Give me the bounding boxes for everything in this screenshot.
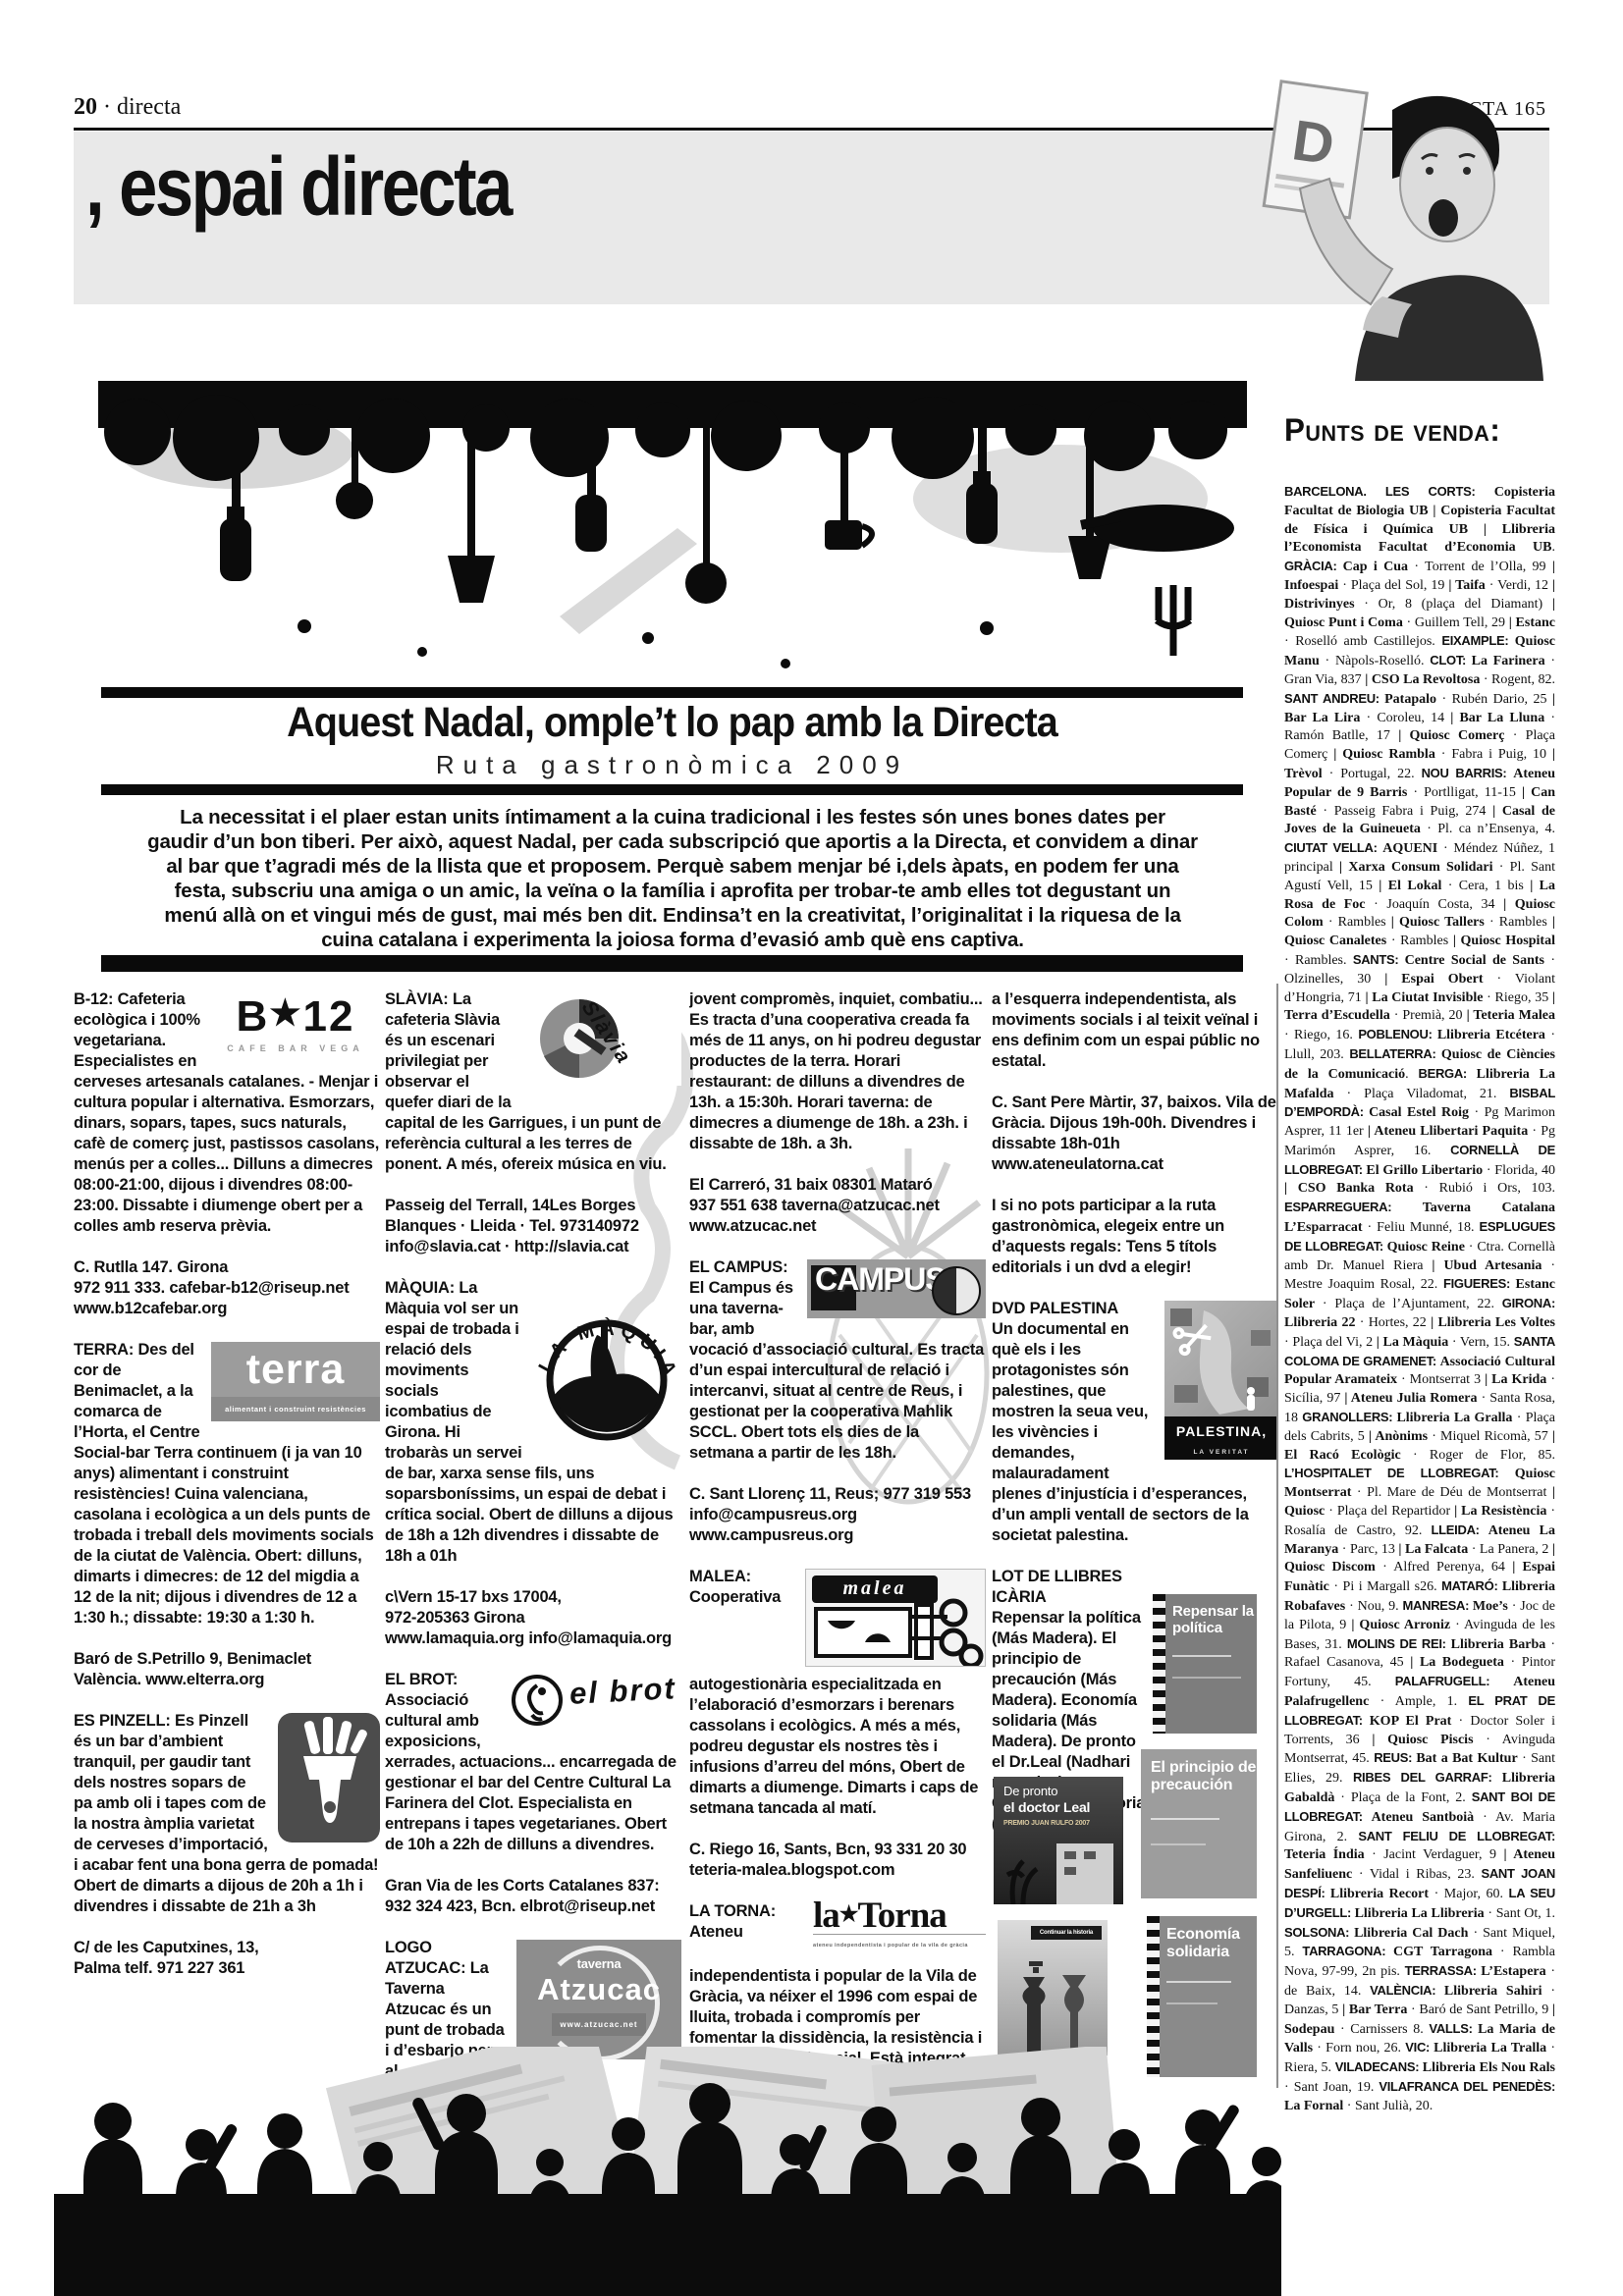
- column-divider: [1276, 984, 1278, 2088]
- punts-segment: · Fabra i Puig, 10: [1435, 747, 1552, 762]
- punts-de-venda-heading: Punts de venda:: [1284, 412, 1500, 449]
- palestina-cover-band: PALESTINA, LA VERITAT ASSETJADA document…: [1164, 1416, 1278, 1460]
- b12-logo-b: B: [236, 992, 269, 1041]
- punts-segment: · Vidal i Ribas, 23.: [1352, 1867, 1481, 1882]
- punts-segment: | Teteria Malea: [1467, 1008, 1555, 1023]
- entry-address: C. Rutlla 147. Girona 972 911 333. cafeb…: [74, 1257, 380, 1319]
- punts-segment: · Plaça Viladomat, 21.: [1334, 1087, 1510, 1101]
- entry-address: C. Sant Llorenç 11, Reus; 977 319 553 in…: [689, 1484, 986, 1546]
- punts-segment: · Rambles: [1324, 915, 1391, 930]
- punts-segment: BARCELONA. LES CORTS:: [1284, 484, 1494, 499]
- punts-segment: · Alfred Perenya, 64: [1376, 1560, 1512, 1575]
- punts-segment: SOLSONA:: [1284, 1925, 1354, 1940]
- book-cover-doctor-leal: De pronto el doctor Leal PREMIO JUAN RUL…: [994, 1777, 1123, 1904]
- punts-segment: · Rubió i Ors, 103.: [1414, 1181, 1555, 1196]
- punts-segment: SANT ANDREU:: [1284, 691, 1384, 706]
- punts-segment: | Bar Terra: [1342, 2002, 1407, 2017]
- entry-address: El Carreró, 31 baix 08301 Mataró 937 551…: [689, 1175, 986, 1237]
- entry-terra: terra alimentant i construint resistènci…: [74, 1340, 380, 1690]
- punts-segment: · Or, 8 (plaça del Diamant): [1355, 597, 1552, 612]
- punts-segment: · Rambles: [1485, 915, 1552, 930]
- punts-segment: · Plaça de la Font, 2.: [1334, 1790, 1471, 1805]
- book-cover-continuar: Continuar la historia: [998, 1920, 1108, 2056]
- punts-segment: Quiosc Reine: [1387, 1240, 1465, 1255]
- entry-dvd-palestina: PALESTINA, LA VERITAT ASSETJADA document…: [992, 1299, 1278, 1546]
- entry-text: jovent compromès, inquiet, combatiu... E…: [689, 989, 986, 1154]
- punts-segment: · Hortes, 22: [1355, 1315, 1431, 1330]
- punts-segment: | Quiosc Comerç: [1398, 728, 1504, 743]
- punts-segment: La Farinera: [1472, 654, 1545, 668]
- terra-logo-word: terra: [246, 1346, 346, 1393]
- punts-segment: REUS:: [1374, 1750, 1416, 1765]
- punts-segment: | La Resistència: [1454, 1504, 1546, 1519]
- punts-segment: · Vern, 15.: [1448, 1335, 1513, 1350]
- malea-logo-word: malea: [812, 1575, 938, 1603]
- punts-segment: · Parc, 13: [1338, 1542, 1398, 1557]
- punts-segment: · Joaquín Costa, 34: [1366, 897, 1504, 912]
- page-folio: 20 · directa: [74, 94, 181, 121]
- entry-text: a l’esquerra independentista, als movime…: [992, 989, 1278, 1072]
- punts-segment: | Quiosc Tallers: [1391, 915, 1485, 930]
- faces-icon: [932, 1266, 981, 1315]
- punts-segment: MOLINS DE REI:: [1347, 1636, 1451, 1651]
- punts-segment: | Quiosc Arroniz: [1351, 1618, 1450, 1632]
- punts-segment: CIUTAT VELLA:: [1284, 840, 1382, 855]
- punts-segment: | La Ciutat Invisible: [1365, 990, 1483, 1005]
- terra-logo-tagline: alimentant i construint resistències: [211, 1397, 380, 1421]
- punts-segment: · Forn nou, 26.: [1313, 2041, 1405, 2056]
- punts-segment: L’HOSPITALET DE LLOBREGAT:: [1284, 1466, 1515, 1480]
- punts-segment: | La Màquia: [1377, 1335, 1448, 1350]
- punts-segment: | Xarxa Consum Solidari: [1339, 860, 1492, 875]
- punts-segment: | Estanc: [1509, 615, 1555, 630]
- column-2: Slàvia SLÀVIA: La cafeteria Slàvia és un…: [385, 989, 681, 2094]
- punts-segment: LLEIDA:: [1432, 1522, 1488, 1537]
- punts-segment: · Nàpols-Roselló.: [1320, 654, 1431, 668]
- punts-segment: · Plaça de l’Ajuntament, 22.: [1315, 1297, 1502, 1311]
- punts-segment: · Montserrat 3: [1397, 1372, 1485, 1387]
- entry-address: c\Vern 15-17 bxs 17004, 972-205363 Giron…: [385, 1587, 681, 1649]
- campus-logo-word: CAMPUS: [815, 1269, 946, 1290]
- b12-logo-tagline: CAFE BAR VEGA: [211, 1039, 380, 1059]
- punts-segment: L’Estapera: [1481, 1964, 1545, 1979]
- book-cover-economia: Economía solidaria: [1147, 1916, 1257, 2077]
- palestina-cover-subtitle: LA VERITAT ASSETJADA: [1164, 1442, 1278, 1460]
- terra-logo: terra alimentant i construint resistènci…: [211, 1342, 380, 1420]
- book-title: Continuar la historia: [1031, 1926, 1102, 1940]
- punts-segment: POBLENOU:: [1358, 1027, 1437, 1041]
- elbrot-logo: el brot: [509, 1672, 681, 1733]
- punts-segment: VALÈNCIA:: [1370, 1983, 1444, 1998]
- paintbrush-icon: [278, 1713, 380, 1842]
- punts-segment: | Ateneu Llibertari Paquita: [1368, 1124, 1528, 1139]
- entry-address: C. Riego 16, Sants, Bcn, 93 331 20 30 te…: [689, 1840, 986, 1881]
- punts-segment: | La Krida: [1485, 1372, 1546, 1387]
- punts-segment: Centre Social de Sants: [1405, 953, 1544, 968]
- page-number: 20: [74, 94, 97, 120]
- book-title-line: el doctor Leal: [1003, 1800, 1090, 1815]
- punts-segment: · Baró de Sant Petrillo, 9: [1407, 2002, 1552, 2017]
- b12-logo: B★12 CAFE BAR VEGA: [211, 991, 380, 1052]
- punts-segment: Casal Estel Roig: [1369, 1105, 1469, 1120]
- punts-segment: Teteria Índia: [1284, 1847, 1365, 1862]
- punts-segment: Llibreria La Llibreria: [1355, 1906, 1485, 1921]
- section-banner: , espai directa: [74, 132, 1549, 304]
- punts-segment: | La Bodegueta: [1410, 1655, 1504, 1670]
- punts-segment: · Rambles: [1386, 934, 1453, 948]
- punts-segment: · Roger de Flor, 85.: [1401, 1448, 1555, 1463]
- newspaper-page: 20 · directa DIRECTA 165 , espai directa…: [0, 0, 1623, 2296]
- entry-address: Gran Via de les Corts Catalanes 837: 932…: [385, 1876, 681, 1917]
- slavia-logo: Slàvia: [524, 991, 681, 1086]
- punts-segment: · Miquel Ricomà, 57: [1428, 1429, 1552, 1444]
- punts-segment: · Ample, 1.: [1369, 1694, 1468, 1709]
- latorna-logo: la★Torna ateneu independentista i popula…: [813, 1903, 986, 1958]
- entry-pinzell: ES PINZELL: Es Pinzell és un bar d’ambie…: [74, 1711, 380, 1979]
- entry-atzucac-cont: jovent compromès, inquiet, combatiu... E…: [689, 989, 986, 1237]
- punts-segment: · Pl. ca n’Ensenya, 4.: [1421, 822, 1555, 836]
- rule-top: [101, 687, 1243, 698]
- punts-segment: Moe’s: [1473, 1599, 1508, 1614]
- latorna-logo-la: la: [813, 1896, 839, 1936]
- latorna-logo-torna: Torna: [858, 1896, 947, 1936]
- punts-segment: · Plaça del Sol, 19: [1338, 578, 1448, 593]
- b12-logo-12: 12: [303, 992, 355, 1041]
- punts-segment: RIBES DEL GARRAF:: [1353, 1770, 1502, 1785]
- punts-segment: AQUENI: [1382, 841, 1437, 856]
- punts-segment: Llibreria Cal Dach: [1354, 1926, 1468, 1941]
- entry-elbrot: el brot EL BROT: Associació cultural amb…: [385, 1670, 681, 1917]
- punts-segment: VILADECANS:: [1335, 2059, 1423, 2074]
- punts-segment: | La Falcata: [1398, 1542, 1468, 1557]
- punts-segment: Llibreria La Gralla: [1396, 1411, 1512, 1425]
- punts-segment: · Rambles.: [1284, 953, 1353, 968]
- feature-title: Aquest Nadal, omple’t lo pap amb la Dire…: [147, 699, 1198, 747]
- punts-segment: | Ateneu Julia Romera: [1344, 1391, 1477, 1406]
- punts-segment: · Plaça del Repartidor: [1325, 1504, 1454, 1519]
- punts-segment: · Florida, 40: [1483, 1163, 1555, 1178]
- punts-segment: · La Panera, 2: [1468, 1542, 1552, 1557]
- punts-segment: | Quiosc Rambla: [1333, 747, 1435, 762]
- punts-segment: Patapalo: [1384, 692, 1436, 707]
- punts-segment: Bat a Bat Kultur: [1416, 1751, 1517, 1766]
- punts-segment: Cap i Cua: [1343, 560, 1408, 574]
- punts-segment: .: [1552, 540, 1556, 555]
- punts-segment: .: [1405, 1067, 1418, 1082]
- punts-segment: Llibreria Recort: [1330, 1887, 1429, 1901]
- punts-segment: Llibreria 22: [1284, 1315, 1355, 1330]
- punts-segment: SANTS:: [1353, 952, 1405, 967]
- punts-segment: GRANOLLERS:: [1302, 1410, 1396, 1424]
- entry-slavia: Slàvia SLÀVIA: La cafeteria Slàvia és un…: [385, 989, 681, 1257]
- punts-segment: · Rubén Dario, 25: [1436, 692, 1552, 707]
- book-cover-repensar: Repensar la política: [1153, 1594, 1257, 1734]
- rule-bottom: [101, 784, 1243, 795]
- latorna-logo-tagline: ateneu independentista i popular de la v…: [813, 1934, 986, 1956]
- book-title-line: De pronto: [1003, 1785, 1057, 1798]
- punts-segment: VIC:: [1405, 2040, 1434, 2055]
- elbrot-logo-word: el brot: [569, 1678, 677, 1704]
- punts-segment: Llibreria Barba: [1451, 1637, 1546, 1652]
- entry-b12: B★12 CAFE BAR VEGA B-12: Cafeteria ecolò…: [74, 989, 380, 1319]
- punts-segment: | Llibreria Les Voltes: [1431, 1315, 1555, 1330]
- entry-maquia: LA MÀQUIA MÀQUIA: La Màquia vol ser un e…: [385, 1278, 681, 1649]
- entry-latorna: la★Torna ateneu independentista i popula…: [689, 1901, 986, 2090]
- star-icon: ★: [839, 1901, 858, 1926]
- punts-segment: · Portugal, 22.: [1323, 767, 1422, 781]
- punts-segment: SANT FELIU DE LLOBREGAT:: [1358, 1829, 1555, 1843]
- punts-segment: GRÀCIA:: [1284, 559, 1343, 573]
- atzucac-logo: taverna Atzucac www.atzucac.net: [516, 1940, 681, 2059]
- punts-segment: · Major, 60.: [1429, 1887, 1509, 1901]
- punts-segment: EIXAMPLE:: [1441, 633, 1514, 648]
- punts-segment: · Riego, 16.: [1284, 1028, 1358, 1042]
- punts-segment: GIRONA:: [1502, 1296, 1555, 1310]
- entry-address: C/ de les Caputxines, 13, Palma telf. 97…: [74, 1938, 380, 1979]
- punts-segment: BELLATERRA:: [1349, 1046, 1441, 1061]
- punts-segment: | Taifa: [1448, 578, 1485, 593]
- punts-segment: | CSO La Revoltosa: [1365, 672, 1480, 687]
- malea-logo: malea: [805, 1569, 986, 1667]
- punts-segment: | Espai Obert: [1384, 972, 1483, 987]
- entry-address: Baró de S.Petrillo 9, Benimaclet Valènci…: [74, 1649, 380, 1690]
- punts-segment: El Grillo Libertario: [1366, 1163, 1483, 1178]
- entry-malea: malea MALEA: Cooperativa autogestionària…: [689, 1567, 986, 1881]
- lot-heading: LOT DE LLIBRES ICÀRIA: [992, 1567, 1147, 1608]
- punts-segment: · Feliu Munné, 18.: [1363, 1220, 1480, 1235]
- book-title: El principio de precaución: [1151, 1759, 1257, 1793]
- punts-segment: · Premià, 20: [1390, 1008, 1467, 1023]
- punts-segment: CLOT:: [1430, 653, 1471, 667]
- punts-segment: · Sant Joan, 19.: [1284, 2080, 1379, 2095]
- punts-segment: BERGA:: [1418, 1066, 1476, 1081]
- punts-segment: NOU BARRIS:: [1422, 766, 1514, 780]
- punts-segment: Ateneu Santboià: [1372, 1810, 1475, 1825]
- punts-segment: · Verdi, 12: [1486, 578, 1552, 593]
- punts-segment: · Pl. Mare de Déu de Montserrat: [1351, 1485, 1551, 1500]
- punts-segment: · Sant Julià, 20.: [1343, 2099, 1433, 2113]
- punts-segment: · Passeig Fabra i Puig, 274: [1317, 804, 1492, 819]
- thick-rule: [101, 955, 1243, 972]
- palestina-dvd-cover: PALESTINA, LA VERITAT ASSETJADA document…: [1164, 1301, 1278, 1460]
- punts-segment: CGT Tarragona: [1393, 1945, 1492, 1959]
- publication-name: · directa: [97, 94, 181, 120]
- punts-segment: · Pi i Margall s26.: [1329, 1579, 1441, 1594]
- campus-logo: CAMPUS: [807, 1259, 986, 1318]
- punts-segment: | Quiosc Hospital: [1453, 934, 1555, 948]
- entry-address: C. Sant Pere Màrtir, 37, baixos. Vila de…: [992, 1093, 1278, 1175]
- punts-segment: Llibreria La Tralla: [1434, 2041, 1546, 2056]
- punts-segment: FIGUERES:: [1443, 1276, 1516, 1291]
- punts-segment: | Anònims: [1369, 1429, 1428, 1444]
- book-spine: [1153, 1594, 1165, 1734]
- column-1: B★12 CAFE BAR VEGA B-12: Cafeteria ecolò…: [74, 989, 380, 2094]
- entry-atzucac: taverna Atzucac www.atzucac.net LOGO ATZ…: [385, 1938, 681, 2082]
- maquia-logo: LA MÀQUIA: [532, 1280, 681, 1447]
- punts-segment: PALAFRUGELL:: [1395, 1674, 1514, 1688]
- book-title: Economía solidaria: [1166, 1926, 1257, 1960]
- punts-segment: · Rogent, 82.: [1480, 672, 1555, 687]
- entry-latorna-cont: a l’esquerra independentista, als movime…: [992, 989, 1278, 1278]
- punts-segment: Llibreria Els Nou Rals: [1423, 2060, 1555, 2075]
- punts-segment: · Torrent de l’Olla, 99: [1408, 560, 1552, 574]
- punts-segment: · Nou, 9.: [1345, 1599, 1402, 1614]
- book-cover-precaucion: El principio de precaución: [1141, 1749, 1257, 1898]
- punts-segment: · Guillem Tell, 29: [1403, 615, 1509, 630]
- punts-segment: | CSO Banka Rota: [1284, 1181, 1414, 1196]
- punts-segment: · Roselló amb Castillejos.: [1284, 634, 1441, 649]
- book-spine: [1147, 1916, 1160, 2077]
- punts-segment: | Ubud Artesania: [1432, 1258, 1542, 1273]
- punts-segment: La Fornal: [1284, 2099, 1343, 2113]
- punts-segment: · Jacint Verdaguer, 9: [1365, 1847, 1504, 1862]
- punts-segment: VALLS:: [1429, 2021, 1478, 2036]
- feature-subtitle: Ruta gastronòmica 2009: [101, 750, 1243, 780]
- punts-segment: KOP El Prat: [1370, 1714, 1452, 1729]
- punts-segment: MATARÓ:: [1441, 1578, 1502, 1593]
- punts-segment: · Carnissers 8.: [1334, 2022, 1429, 2037]
- palestina-cover-title: PALESTINA,: [1164, 1421, 1278, 1442]
- punts-segment: | Quiosc Piscis: [1372, 1733, 1473, 1747]
- book-prize: PREMIO JUAN RULFO 2007: [1003, 1820, 1090, 1828]
- entry-lot-icaria: LOT DE LLIBRES ICÀRIA Repensar la políti…: [992, 1567, 1278, 2094]
- punts-segment: | Bar La Lluna: [1450, 711, 1544, 725]
- header-rule: [74, 128, 1549, 131]
- star-icon: ★: [269, 992, 302, 1033]
- entry-address: Passeig del Terrall, 14Les Borges Blanqu…: [385, 1196, 681, 1257]
- punts-segment: · Plaça del Vi, 2: [1284, 1335, 1377, 1350]
- feature-intro: La necessitat i el plaer estan units ínt…: [147, 805, 1198, 952]
- punts-segment: · Coroleu, 14: [1360, 711, 1450, 725]
- punts-segment: · Portlligat, 11-15: [1407, 785, 1522, 800]
- issue-label: DIRECTA 165: [1419, 98, 1546, 121]
- punts-segment: MANRESA:: [1402, 1598, 1472, 1613]
- punts-segment: TARRAGONA:: [1302, 1944, 1393, 1958]
- punts-segment: · Cera, 1 bis: [1441, 879, 1530, 893]
- section-title: , espai directa: [85, 139, 511, 235]
- punts-segment: VILAFRANCA DEL PENEDÈS:: [1379, 2079, 1555, 2094]
- punts-de-venda-list: BARCELONA. LES CORTS: Copisteria Faculta…: [1284, 483, 1555, 2289]
- punts-segment: · Riego, 35: [1483, 990, 1551, 1005]
- ink-splatter-illustration: [98, 381, 1247, 687]
- punts-segment: Llibreria Etcétera: [1437, 1028, 1545, 1042]
- punts-segment: Llibreria Sahiri: [1444, 1984, 1542, 1999]
- book-title: Repensar la política: [1172, 1604, 1257, 1636]
- punts-segment: | El Lokal: [1379, 879, 1441, 893]
- atzucac-logo-ring: [540, 1946, 660, 2059]
- column-4: a l’esquerra independentista, als movime…: [992, 989, 1278, 2094]
- gift-note: I si no pots participar a la ruta gastro…: [992, 1196, 1278, 1278]
- column-3: jovent compromès, inquiet, combatiu... E…: [689, 989, 986, 2094]
- entry-campus: CAMPUS EL CAMPUS: El Campus és una taver…: [689, 1257, 986, 1546]
- punts-segment: TERRASSA:: [1405, 1963, 1482, 1978]
- punts-segment: · Sant Ot, 1.: [1485, 1906, 1555, 1921]
- punts-segment: ESPARREGUERA:: [1284, 1200, 1423, 1214]
